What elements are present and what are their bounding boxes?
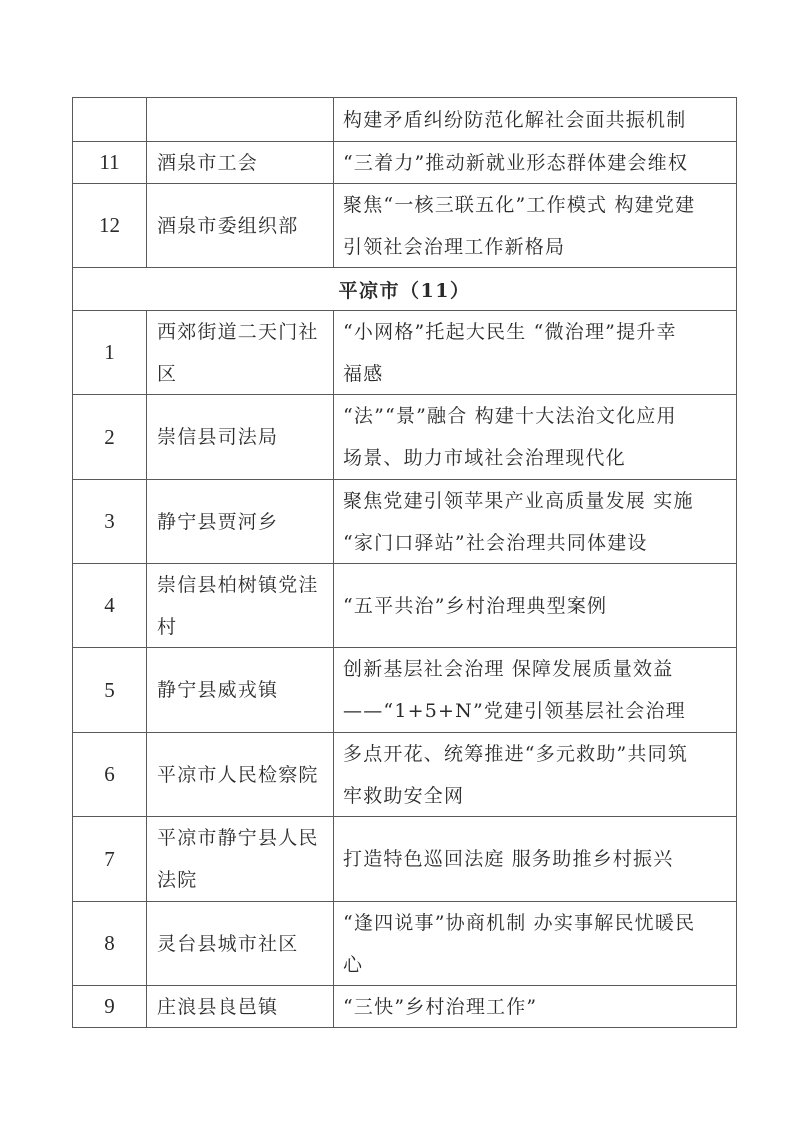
unit-cell: 庄浪县良邑镇	[147, 986, 334, 1027]
table-row: 12酒泉市委组织部聚焦“一核三联五化”工作模式 构建党建引领社会治理工作新格局	[73, 183, 736, 267]
unit-cell: 西郊街道二天门社区	[147, 311, 334, 394]
row-number-cell: 2	[73, 395, 147, 479]
case-title-cell: 聚焦党建引领苹果产业高质量发展 实施“家门口驿站”社会治理共同体建设	[334, 480, 736, 563]
unit-text-line: 酒泉市工会	[157, 142, 258, 184]
unit-text-line: 村	[157, 606, 319, 648]
case-title-line: “五平共治”乡村治理典型案例	[343, 585, 607, 627]
unit-text-line: 灵台县城市社区	[157, 923, 298, 965]
table-row: 5静宁县威戎镇创新基层社会治理 保障发展质量效益——“1+5+N”党建引领基层社…	[73, 647, 736, 732]
case-title-line: 牢救助安全网	[343, 775, 688, 817]
case-title-line: 福感	[343, 353, 677, 395]
case-title-line: “小网格”托起大民生 “微治理”提升幸	[343, 311, 677, 353]
case-title-line: 创新基层社会治理 保障发展质量效益	[343, 648, 686, 690]
row-number-cell: 4	[73, 564, 147, 647]
row-number-cell: 3	[73, 480, 147, 563]
table-row: 1西郊街道二天门社区“小网格”托起大民生 “微治理”提升幸福感	[73, 310, 736, 394]
case-title-line: 聚焦党建引领苹果产业高质量发展 实施	[343, 480, 694, 522]
unit-cell: 崇信县司法局	[147, 395, 334, 479]
unit-cell: 平凉市人民检察院	[147, 733, 334, 816]
case-title-cell: “法”“景”融合 构建十大法治文化应用场景、助力市域社会治理现代化	[334, 395, 736, 479]
table-row: 构建矛盾纠纷防范化解社会面共振机制	[73, 98, 736, 141]
case-title-line: “家门口驿站”社会治理共同体建设	[343, 522, 694, 564]
case-title-line: “逢四说事”协商机制 办实事解民忧暖民	[343, 902, 695, 944]
row-number-cell: 6	[73, 733, 147, 816]
case-title-cell: 打造特色巡回法庭 服务助推乡村振兴	[334, 817, 736, 901]
case-title-line: “法”“景”融合 构建十大法治文化应用	[343, 395, 677, 437]
case-title-cell: “三着力”推动新就业形态群体建会维权	[334, 142, 736, 183]
unit-text-line: 庄浪县良邑镇	[157, 986, 278, 1028]
row-number-cell: 11	[73, 142, 147, 183]
unit-text-line: 酒泉市委组织部	[157, 205, 298, 247]
table-row: 9庄浪县良邑镇“三快”乡村治理工作”	[73, 985, 736, 1027]
case-title-cell: 多点开花、统筹推进“多元救助”共同筑牢救助安全网	[334, 733, 736, 816]
section-header-row: 平凉市（11）	[73, 267, 736, 310]
table-row: 3静宁县贾河乡聚焦党建引领苹果产业高质量发展 实施“家门口驿站”社会治理共同体建…	[73, 479, 736, 563]
unit-cell	[147, 98, 334, 141]
case-title-line: 场景、助力市域社会治理现代化	[343, 437, 677, 479]
table-row: 6平凉市人民检察院多点开花、统筹推进“多元救助”共同筑牢救助安全网	[73, 732, 736, 816]
table-row: 2崇信县司法局“法”“景”融合 构建十大法治文化应用场景、助力市域社会治理现代化	[73, 394, 736, 479]
case-title-line: ——“1+5+N”党建引领基层社会治理	[343, 690, 686, 732]
section-title: 平凉市（11）	[339, 276, 471, 303]
unit-cell: 酒泉市委组织部	[147, 184, 334, 267]
row-number-cell: 5	[73, 648, 147, 732]
unit-cell: 静宁县威戎镇	[147, 648, 334, 732]
case-list-table: 构建矛盾纠纷防范化解社会面共振机制11酒泉市工会“三着力”推动新就业形态群体建会…	[72, 97, 737, 1028]
table-row: 7平凉市静宁县人民法院打造特色巡回法庭 服务助推乡村振兴	[73, 816, 736, 901]
unit-text-line: 区	[157, 353, 319, 395]
case-title-cell: “三快”乡村治理工作”	[334, 986, 736, 1027]
unit-text-line: 静宁县贾河乡	[157, 501, 278, 543]
row-number-cell: 8	[73, 902, 147, 985]
case-title-line: 聚焦“一核三联五化”工作模式 构建党建	[343, 184, 695, 226]
unit-cell: 崇信县柏树镇党洼村	[147, 564, 334, 647]
row-number-cell: 1	[73, 311, 147, 394]
unit-text-line: 法院	[157, 859, 319, 901]
row-number-cell: 7	[73, 817, 147, 901]
unit-text-line: 西郊街道二天门社	[157, 311, 319, 353]
unit-cell: 酒泉市工会	[147, 142, 334, 183]
case-title-line: “三着力”推动新就业形态群体建会维权	[343, 142, 688, 184]
unit-text-line: 崇信县司法局	[157, 416, 278, 458]
table-row: 8灵台县城市社区“逢四说事”协商机制 办实事解民忧暖民心	[73, 901, 736, 985]
unit-cell: 静宁县贾河乡	[147, 480, 334, 563]
case-title-line: 心	[343, 944, 695, 986]
case-title-cell: “五平共治”乡村治理典型案例	[334, 564, 736, 647]
row-number-cell: 12	[73, 184, 147, 267]
unit-text-line: 平凉市静宁县人民	[157, 817, 319, 859]
case-title-cell: 聚焦“一核三联五化”工作模式 构建党建引领社会治理工作新格局	[334, 184, 736, 267]
unit-cell: 灵台县城市社区	[147, 902, 334, 985]
case-title-line: 构建矛盾纠纷防范化解社会面共振机制	[343, 99, 686, 141]
table-row: 11酒泉市工会“三着力”推动新就业形态群体建会维权	[73, 141, 736, 183]
unit-text-line: 平凉市人民检察院	[157, 754, 319, 796]
unit-text-line: 静宁县威戎镇	[157, 669, 278, 711]
case-title-cell: 构建矛盾纠纷防范化解社会面共振机制	[334, 98, 736, 141]
case-title-line: 多点开花、统筹推进“多元救助”共同筑	[343, 733, 688, 775]
table-row: 4崇信县柏树镇党洼村“五平共治”乡村治理典型案例	[73, 563, 736, 647]
case-title-cell: “逢四说事”协商机制 办实事解民忧暖民心	[334, 902, 736, 985]
case-title-line: “三快”乡村治理工作”	[343, 986, 537, 1028]
unit-cell: 平凉市静宁县人民法院	[147, 817, 334, 901]
row-number-cell	[73, 98, 147, 141]
case-title-cell: 创新基层社会治理 保障发展质量效益——“1+5+N”党建引领基层社会治理	[334, 648, 736, 732]
unit-text-line: 崇信县柏树镇党洼	[157, 564, 319, 606]
row-number-cell: 9	[73, 986, 147, 1027]
case-title-cell: “小网格”托起大民生 “微治理”提升幸福感	[334, 311, 736, 394]
case-title-line: 引领社会治理工作新格局	[343, 226, 695, 268]
case-title-line: 打造特色巡回法庭 服务助推乡村振兴	[343, 838, 673, 880]
